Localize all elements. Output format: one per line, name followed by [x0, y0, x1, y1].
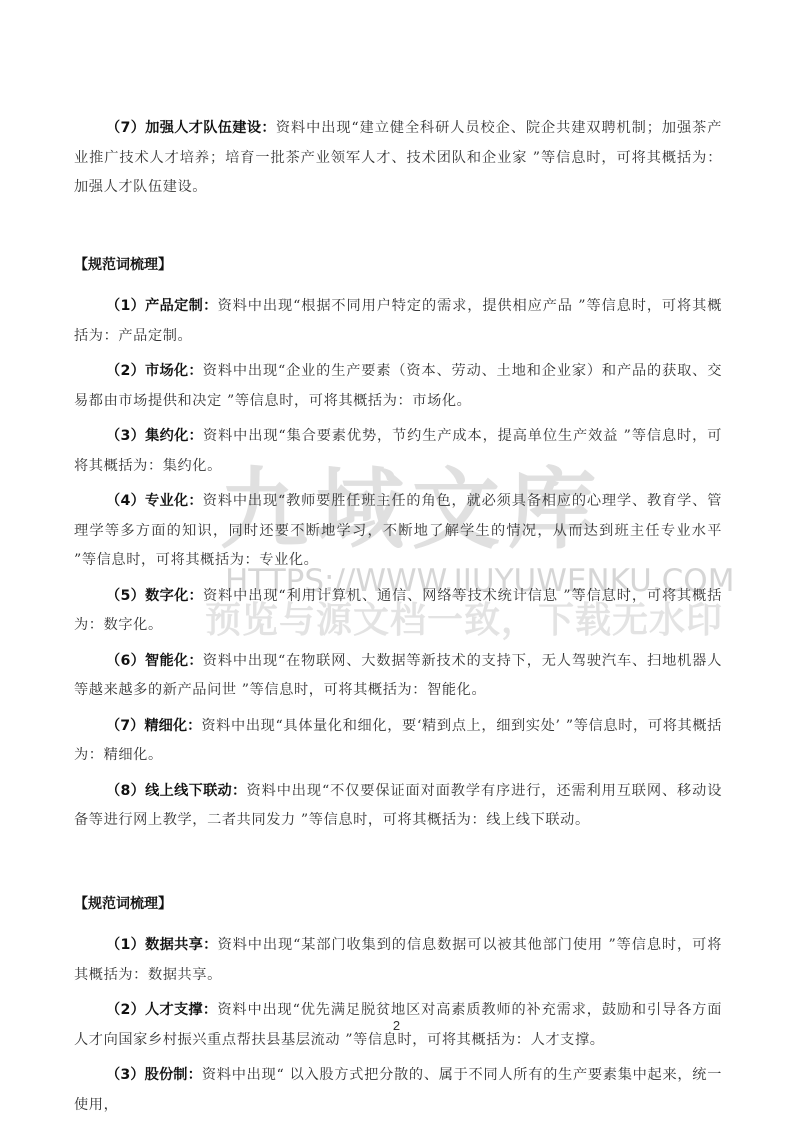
item-term: （6）智能化： [106, 653, 203, 669]
page-number: 2 [0, 1018, 793, 1033]
spacer [74, 203, 722, 251]
list-item: （3）集约化：资料中出现“集合要素优势，节约生产成本，提高单位生产效益 ”等信息… [74, 422, 722, 481]
list-item: （1）产品定制：资料中出现“根据不同用户特定的需求，提供相应产品 ”等信息时，可… [74, 292, 722, 351]
item-term: （7）加强人才队伍建设： [106, 120, 276, 136]
item-term: （3）股份制： [106, 1067, 202, 1083]
item-term: （3）集约化： [106, 428, 203, 444]
item-term: （1）数据共享： [106, 937, 218, 953]
spacer [74, 842, 722, 890]
list-item: （8）线上线下联动：资料中出现“不仅要保证面对面教学有序进行，还需利用互联网、移… [74, 777, 722, 836]
list-item: （1）数据共享：资料中出现“某部门收集到的信息数据可以被其他部门使用 ”等信息时… [74, 931, 722, 990]
section-title: 【规范词梳理】 [74, 251, 722, 281]
section-2: 【规范词梳理】 （1）数据共享：资料中出现“某部门收集到的信息数据可以被其他部门… [74, 890, 722, 1121]
section-1: 【规范词梳理】 （1）产品定制：资料中出现“根据不同用户特定的需求，提供相应产品… [74, 251, 722, 836]
list-item: （2）市场化：资料中出现“企业的生产要素（资本、劳动、土地和企业家）和产品的获取… [74, 357, 722, 416]
item-term: （5）数字化： [106, 588, 203, 604]
item-term: （7）精细化： [106, 718, 201, 734]
item-term: （8）线上线下联动： [106, 783, 247, 799]
item-term: （2）人才支撑： [106, 1002, 217, 1018]
list-item: （4）专业化：资料中出现“教师要胜任班主任的角色，就必须具备相应的心理学、教育学… [74, 487, 722, 576]
item-term: （2）市场化： [106, 363, 203, 379]
list-item: （3）股份制：资料中出现“ 以入股方式把分散的、属于不同人所有的生产要素集中起来… [74, 1061, 722, 1120]
list-item: （5）数字化：资料中出现“利用计算机、通信、网络等技术统计信息 ”等信息时，可将… [74, 582, 722, 641]
list-item: （7）加强人才队伍建设：资料中出现“建立健全科研人员校企、院企共建双聘机制；加强… [74, 114, 722, 203]
item-term: （4）专业化： [106, 493, 203, 509]
list-item: （6）智能化：资料中出现“在物联网、大数据等新技术的支持下，无人驾驶汽车、扫地机… [74, 647, 722, 706]
document-body: （7）加强人才队伍建设：资料中出现“建立健全科研人员校企、院企共建双聘机制；加强… [74, 114, 722, 1122]
section-title: 【规范词梳理】 [74, 890, 722, 920]
document-page: 九域文库 HTTPS://WWW.JIUYUWENKU.COM 预览与源文档一致… [0, 0, 793, 1122]
list-item: （7）精细化：资料中出现“具体量化和细化，要‘精到点上，细到实处’ ”等信息时，… [74, 712, 722, 771]
item-term: （1）产品定制： [106, 298, 218, 314]
